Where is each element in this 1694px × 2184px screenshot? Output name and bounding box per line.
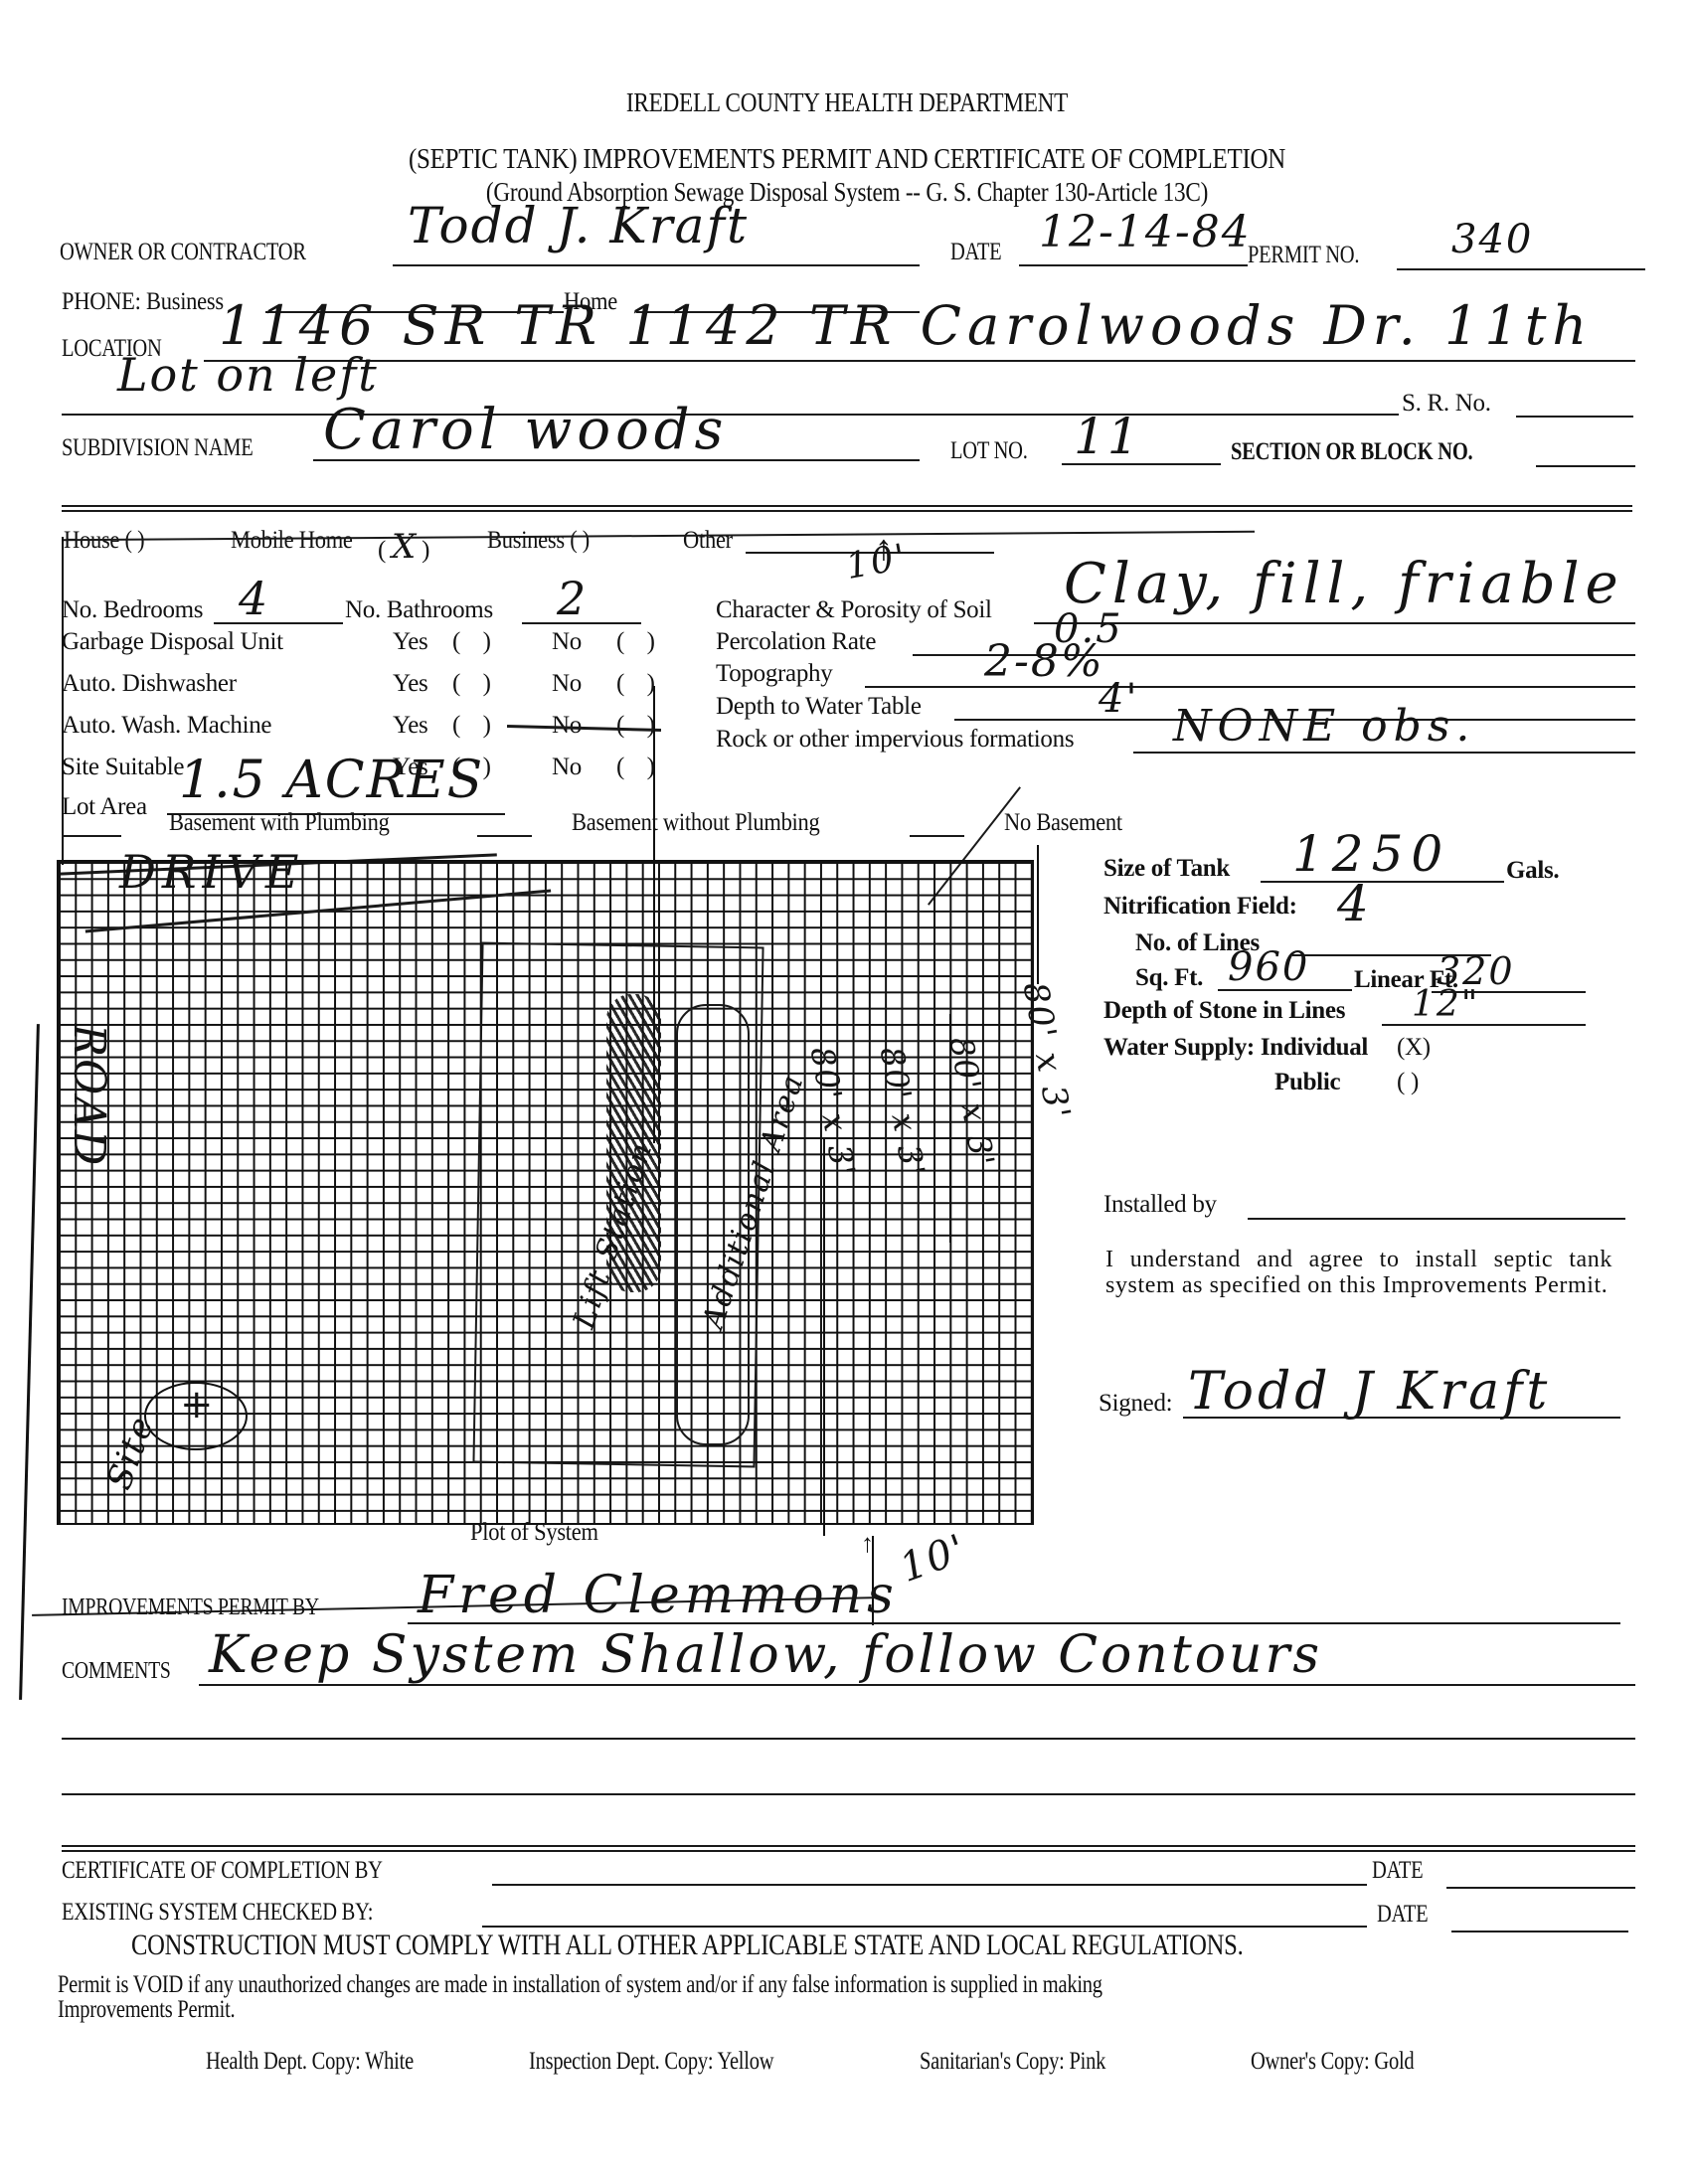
arrow-up-icon: ↑: [861, 1529, 874, 1559]
owner-label: OWNER OR CONTRACTOR: [60, 239, 306, 266]
mobile-home-label: Mobile Home: [231, 527, 353, 555]
copy-health-dept: Health Dept. Copy: White: [206, 2048, 414, 2076]
bedrooms-label: No. Bedrooms: [62, 596, 203, 624]
yes-label: Yes: [393, 670, 427, 698]
certificate-label: CERTIFICATE OF COMPLETION BY: [62, 1857, 383, 1885]
dishwasher-no-checkbox[interactable]: ( ): [616, 670, 663, 698]
tank-size-field[interactable]: 1250: [1292, 825, 1450, 883]
water-supply-label: Water Supply: Individual: [1103, 1034, 1368, 1062]
wash-machine-yes-checkbox[interactable]: ( ): [452, 712, 499, 740]
copy-sanitarian: Sanitarian's Copy: Pink: [920, 2048, 1105, 2076]
signature-field[interactable]: Todd J Kraft: [1188, 1362, 1551, 1422]
basement-with-plumbing-option[interactable]: Basement with Plumbing: [169, 809, 390, 837]
comments-field[interactable]: Keep System Shallow, follow Contours: [209, 1625, 1322, 1685]
department-title: IREDELL COUNTY HEALTH DEPARTMENT: [118, 87, 1575, 118]
existing-system-label: EXISTING SYSTEM CHECKED BY:: [62, 1899, 373, 1927]
bedrooms-field[interactable]: 4: [239, 572, 269, 625]
subdivision-field[interactable]: Carol woods: [323, 398, 728, 462]
yes-label: Yes: [393, 628, 427, 656]
mobile-home-mark: X: [392, 527, 416, 567]
location-field-line2[interactable]: Lot on left: [117, 348, 379, 402]
copy-inspection-dept: Inspection Dept. Copy: Yellow: [529, 2048, 773, 2076]
certificate-field[interactable]: [492, 1884, 1367, 1886]
subdivision-label: SUBDIVISION NAME: [62, 434, 254, 462]
permit-no-field[interactable]: 340: [1451, 217, 1533, 262]
form-subtitle: (Ground Absorption Sewage Disposal Syste…: [118, 177, 1575, 208]
lines-count-field[interactable]: 4: [1337, 875, 1371, 932]
void-notice-line1: Permit is VOID if any unauthorized chang…: [58, 1971, 1102, 1999]
plot-caption: Plot of System: [470, 1519, 598, 1547]
signed-label: Signed:: [1099, 1390, 1172, 1418]
lot-area-field[interactable]: 1.5 ACRES: [179, 751, 484, 810]
sqft-label: Sq. Ft.: [1135, 964, 1203, 992]
lot-area-label: Lot Area: [62, 793, 147, 821]
location-field[interactable]: 1146 SR TR 1142 TR Carolwoods Dr. 11th: [219, 294, 1593, 357]
water-table-label: Depth to Water Table: [716, 693, 922, 721]
comments-label: COMMENTS: [62, 1658, 171, 1685]
section-block-label: SECTION OR BLOCK NO.: [1231, 438, 1472, 466]
installed-by-label: Installed by: [1103, 1191, 1217, 1219]
permit-no-label: PERMIT NO.: [1248, 242, 1359, 269]
no-basement-option[interactable]: No Basement: [1004, 809, 1122, 837]
well-marker: +: [144, 1382, 248, 1450]
soil-character-field[interactable]: Clay, fill, friable: [1064, 552, 1624, 616]
stone-depth-field[interactable]: 12": [1412, 984, 1479, 1025]
no-label: No: [552, 754, 582, 781]
business-checkbox[interactable]: Business ( ): [487, 527, 590, 555]
comments-line-3[interactable]: [62, 1793, 1635, 1795]
date-label: DATE: [950, 239, 1001, 266]
well-plus-icon: +: [180, 1382, 216, 1428]
no-label: No: [552, 628, 582, 656]
site-suitable-no-checkbox[interactable]: ( ): [616, 754, 663, 781]
mobile-home-checkbox[interactable]: ( X ): [378, 527, 429, 567]
site-suitable-label: Site Suitable: [62, 754, 184, 781]
compliance-notice: CONSTRUCTION MUST COMPLY WITH ALL OTHER …: [131, 1929, 1243, 1962]
other-label: Other: [683, 527, 733, 555]
tank-unit: Gals.: [1506, 857, 1559, 885]
void-notice-line2: Improvements Permit.: [58, 1996, 235, 2024]
no-label: No: [552, 670, 582, 698]
topography-field[interactable]: 2-8%: [984, 636, 1104, 687]
yes-label: Yes: [393, 712, 427, 740]
bathrooms-field[interactable]: 2: [557, 572, 588, 625]
rock-formations-field[interactable]: NONE obs.: [1173, 701, 1475, 752]
water-table-field[interactable]: 4': [1099, 676, 1138, 722]
dishwasher-label: Auto. Dishwasher: [62, 670, 237, 698]
water-public-label: Public: [1274, 1069, 1340, 1096]
wash-machine-no-checkbox[interactable]: ( ): [616, 712, 663, 740]
tank-size-label: Size of Tank: [1103, 855, 1230, 883]
existing-date-label: DATE: [1377, 1901, 1428, 1929]
certificate-date-field[interactable]: [1446, 1887, 1635, 1889]
wash-machine-label: Auto. Wash. Machine: [62, 712, 271, 740]
percolation-label: Percolation Rate: [716, 628, 876, 656]
owner-field[interactable]: Todd J. Kraft: [408, 197, 749, 254]
nitrification-label: Nitrification Field:: [1103, 893, 1297, 921]
water-individual-checkbox[interactable]: (X): [1397, 1034, 1431, 1062]
permit-by-label: IMPROVEMENTS PERMIT BY: [62, 1595, 319, 1621]
stone-depth-label: Depth of Stone in Lines: [1103, 997, 1345, 1025]
lot-no-field[interactable]: 11: [1074, 408, 1141, 465]
permit-by-field[interactable]: Fred Clemmons: [418, 1566, 899, 1625]
existing-date-field[interactable]: [1451, 1931, 1628, 1932]
garbage-disposal-yes-checkbox[interactable]: ( ): [452, 628, 499, 656]
garbage-disposal-label: Garbage Disposal Unit: [62, 628, 283, 656]
plot-annotation-setback: 10': [894, 1526, 973, 1592]
basement-without-plumbing-option[interactable]: Basement without Plumbing: [572, 809, 819, 837]
existing-system-field[interactable]: [482, 1926, 1367, 1928]
plot-annotation-drive: DRIVE: [119, 845, 305, 899]
lot-no-label: LOT NO.: [950, 437, 1028, 465]
agreement-text: I understand and agree to install septic…: [1105, 1247, 1612, 1298]
water-public-checkbox[interactable]: ( ): [1397, 1069, 1419, 1096]
certificate-date-label: DATE: [1372, 1857, 1423, 1885]
bathrooms-label: No. Bathrooms: [345, 596, 493, 624]
comments-line-2[interactable]: [62, 1738, 1635, 1740]
arrow-up-icon: ↑: [875, 527, 893, 569]
soil-character-label: Character & Porosity of Soil: [716, 596, 992, 624]
date-field[interactable]: 12-14-84: [1039, 207, 1252, 257]
copy-owner: Owner's Copy: Gold: [1251, 2048, 1414, 2076]
garbage-disposal-no-checkbox[interactable]: ( ): [616, 628, 663, 656]
dishwasher-yes-checkbox[interactable]: ( ): [452, 670, 499, 698]
form-title: (SEPTIC TANK) IMPROVEMENTS PERMIT AND CE…: [118, 143, 1575, 176]
rock-formations-label: Rock or other impervious formations: [716, 726, 1074, 754]
plot-annotation-road: ROAD: [64, 1024, 114, 1167]
phone-business-label: PHONE: Business: [62, 288, 224, 316]
sqft-field[interactable]: 960: [1228, 944, 1309, 990]
sr-no-label: S. R. No.: [1402, 390, 1491, 418]
topography-label: Topography: [716, 660, 832, 688]
